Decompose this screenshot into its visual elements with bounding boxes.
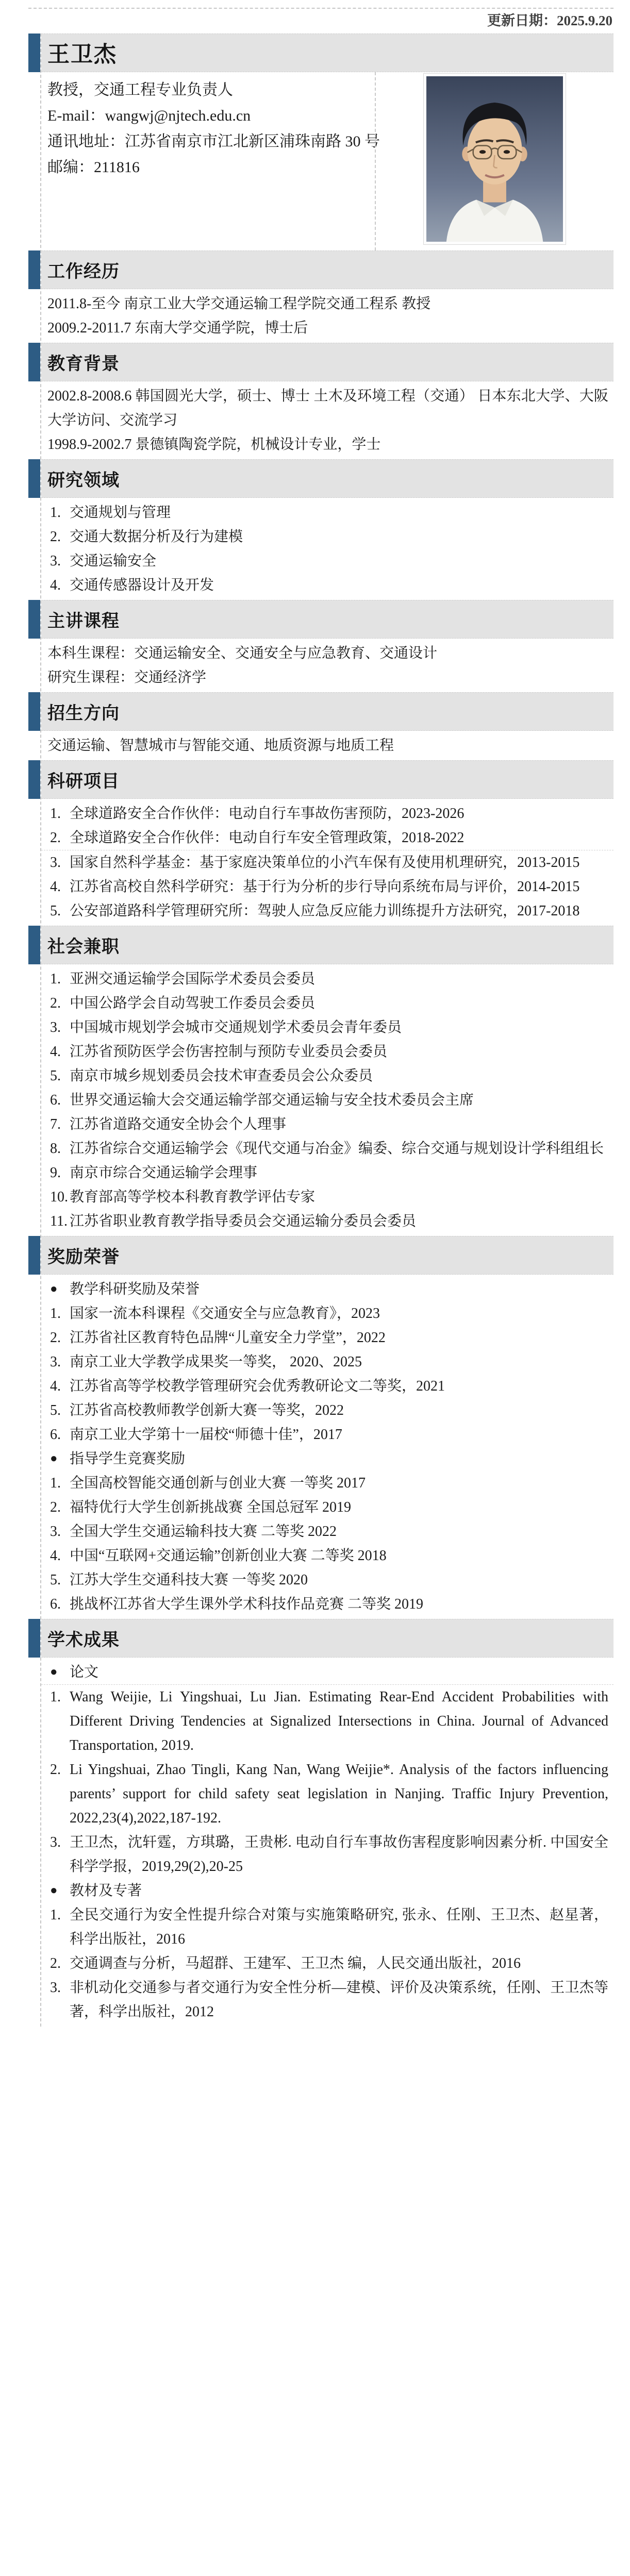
item-text: 南京工业大学教学成果奖一等奖， 2020、2025 xyxy=(70,1350,614,1374)
item-marker: 4. xyxy=(50,875,70,899)
list-item: 3. 非机动化交通参与者交通行为安全性分析—建模、评价及决策系统，任刚、王卫杰等… xyxy=(41,1976,614,2024)
section-items: 2002.8-2008.6 韩国圆光大学，硕士、博士 土木及环境工程（交通） 日… xyxy=(41,381,614,459)
profile-section: 招生方向 交通运输、智慧城市与智能交通、地质资源与地质工程 xyxy=(41,692,614,760)
item-text: 南京市城乡规划委员会技术审查委员会公众委员 xyxy=(70,1064,614,1088)
update-date-label: 更新日期： xyxy=(487,13,557,28)
item-marker: 7. xyxy=(50,1112,70,1136)
section-items: ● 教学科研奖励及荣誉 1. 国家一流本科课程《交通安全与应急教育》，2023 xyxy=(41,1275,614,1619)
list-item: 7. 江苏省道路交通安全协会个人理事 xyxy=(41,1112,614,1136)
item-text: 江苏省道路交通安全协会个人理事 xyxy=(70,1112,614,1136)
portrait-photo-icon xyxy=(426,76,563,242)
postcode-label: 邮编： xyxy=(47,159,94,176)
section-banner: 社会兼职 xyxy=(41,926,614,964)
item-text: 全国高校智能交通创新与创业大赛 一等奖 2017 xyxy=(70,1471,614,1495)
list-item: 1. 亚洲交通运输学会国际学术委员会委员 xyxy=(41,967,614,991)
section-accent-tab xyxy=(28,250,40,289)
list-item: 5. 江苏大学生交通科技大赛 一等奖 2020 xyxy=(41,1568,614,1592)
email-line: E-mail：wangwj@njtech.edu.cn xyxy=(47,103,375,129)
item-text: 1998.9-2002.7 景德镇陶瓷学院，机械设计专业，学士 xyxy=(47,432,614,457)
item-marker: 5. xyxy=(50,1064,70,1088)
content-frame: 更新日期：2025.9.20 王卫杰 教授，交通工程专业负责人 E-mail：w… xyxy=(28,8,614,2027)
item-marker: 11. xyxy=(50,1209,70,1233)
item-text: 指导学生竞赛奖励 xyxy=(70,1447,614,1471)
item-marker: 3. xyxy=(50,850,70,875)
item-marker: ● xyxy=(50,1277,70,1301)
item-text: 交通规划与管理 xyxy=(70,500,614,525)
item-marker: 2. xyxy=(50,525,70,549)
photo-cell xyxy=(375,72,614,250)
item-text: 2002.8-2008.6 韩国圆光大学，硕士、博士 土木及环境工程（交通） 日… xyxy=(47,384,614,432)
item-marker: 9. xyxy=(50,1161,70,1185)
list-item: 4. 中国“互联网+交通运输”创新创业大赛 二等奖 2018 xyxy=(41,1544,614,1568)
section-accent-tab xyxy=(28,600,40,639)
item-marker: 1. xyxy=(50,1903,70,1951)
section-title: 奖励荣誉 xyxy=(47,1243,120,1268)
item-marker: 1. xyxy=(50,967,70,991)
list-item: 6. 南京工业大学第十一届校“师德十佳”，2017 xyxy=(41,1423,614,1447)
section-items: 本科生课程：交通运输安全、交通安全与应急教育、交通设计 研究生课程：交通经济学 xyxy=(41,639,614,692)
item-marker: 3. xyxy=(50,1830,70,1879)
item-marker: 6. xyxy=(50,1423,70,1447)
profile-section: 研究领域 1. 交通规划与管理 2. xyxy=(41,459,614,600)
item-marker: 8. xyxy=(50,1136,70,1161)
section-title: 主讲课程 xyxy=(47,607,120,632)
list-item: 本科生课程：交通运输安全、交通安全与应急教育、交通设计 xyxy=(41,641,614,665)
list-item: 2. 交通大数据分析及行为建模 xyxy=(41,525,614,549)
item-text: 非机动化交通参与者交通行为安全性分析—建模、评价及决策系统，任刚、王卫杰等著，科… xyxy=(70,1976,614,2024)
item-marker: ● xyxy=(50,1447,70,1471)
section-banner: 教育背景 xyxy=(41,343,614,381)
postcode-value: 211816 xyxy=(94,159,140,176)
item-text: 交通运输、智慧城市与智能交通、地质资源与地质工程 xyxy=(47,733,614,758)
item-text: 论文 xyxy=(70,1660,614,1684)
item-text: 教材及专著 xyxy=(70,1879,614,1903)
section-items: 1. 全球道路安全合作伙伴：电动自行车事故伤害预防，2023-2026 2. 全… xyxy=(41,799,614,926)
item-text: 江苏大学生交通科技大赛 一等奖 2020 xyxy=(70,1568,614,1592)
profile-info: 教授，交通工程专业负责人 E-mail：wangwj@njtech.edu.cn… xyxy=(41,72,375,250)
list-item: 3. 交通运输安全 xyxy=(41,549,614,573)
list-item: 4. 江苏省高校自然科学研究：基于行为分析的步行导向系统布局与评价，2014-2… xyxy=(41,875,614,899)
section-accent-tab xyxy=(28,1619,40,1658)
list-item: 1. Wang Weijie, Li Yingshuai, Lu Jian. E… xyxy=(41,1684,614,1758)
section-accent-tab xyxy=(28,343,40,381)
list-item: ● 论文 xyxy=(41,1660,614,1684)
section-banner: 奖励荣誉 xyxy=(41,1236,614,1275)
faculty-profile-page: 更新日期：2025.9.20 王卫杰 教授，交通工程专业负责人 E-mail：w… xyxy=(0,0,630,2576)
section-items: 2011.8-至今 南京工业大学交通运输工程学院交通工程系 教授 2009.2-… xyxy=(41,289,614,343)
item-marker: 2. xyxy=(50,1326,70,1350)
item-text: 教学科研奖励及荣誉 xyxy=(70,1277,614,1301)
item-text: 南京工业大学第十一届校“师德十佳”，2017 xyxy=(70,1423,614,1447)
accent-tab xyxy=(28,34,40,72)
section-accent-tab xyxy=(28,692,40,731)
profile-title-line: 教授，交通工程专业负责人 xyxy=(47,77,375,103)
item-text: 江苏省高校教师教学创新大赛一等奖，2022 xyxy=(70,1398,614,1423)
list-item: 1. 全民交通行为安全性提升综合对策与实施策略研究, 张永、任刚、王卫杰、赵星著… xyxy=(41,1903,614,1951)
list-item: 4. 江苏省高等学校教学管理研究会优秀教研论文二等奖，2021 xyxy=(41,1374,614,1398)
section-accent-tab xyxy=(28,760,40,799)
list-item: ● 指导学生竞赛奖励 xyxy=(41,1447,614,1471)
postcode-line: 邮编：211816 xyxy=(47,155,375,180)
item-marker: 5. xyxy=(50,1398,70,1423)
item-marker: 1. xyxy=(50,500,70,525)
section-banner: 研究领域 xyxy=(41,459,614,498)
section-banner: 招生方向 xyxy=(41,692,614,731)
item-marker: 3. xyxy=(50,1976,70,2024)
list-item: 1. 全球道路安全合作伙伴：电动自行车事故伤害预防，2023-2026 xyxy=(41,801,614,826)
item-marker: 6. xyxy=(50,1088,70,1112)
section-items: 1. 亚洲交通运输学会国际学术委员会委员 2. 中国公路学会自动驾驶工作委员会委… xyxy=(41,964,614,1236)
item-text: 交通运输安全 xyxy=(70,549,614,573)
item-text: 江苏省社区教育特色品牌“儿童安全力学堂”，2022 xyxy=(70,1326,614,1350)
list-item: 2. Li Yingshuai, Zhao Tingli, Kang Nan, … xyxy=(41,1758,614,1830)
section-title: 社会兼职 xyxy=(47,932,120,958)
list-item: 2011.8-至今 南京工业大学交通运输工程学院交通工程系 教授 xyxy=(41,292,614,316)
list-item: 4. 江苏省预防医学会伤害控制与预防专业委员会委员 xyxy=(41,1040,614,1064)
section-banner: 主讲课程 xyxy=(41,600,614,639)
item-marker: 5. xyxy=(50,1568,70,1592)
section-title: 学术成果 xyxy=(47,1626,120,1651)
list-item: 1. 交通规划与管理 xyxy=(41,500,614,525)
item-marker: 3. xyxy=(50,1350,70,1374)
list-item: 2. 福特优行大学生创新挑战赛 全国总冠军 2019 xyxy=(41,1495,614,1519)
item-marker: ● xyxy=(50,1660,70,1684)
profile-section: 科研项目 1. 全球道路安全合作伙伴：电动自行车事故伤害预防，2023-2026 xyxy=(41,760,614,926)
list-item: 10. 教育部高等学校本科教育教学评估专家 xyxy=(41,1185,614,1209)
profile-section: 主讲课程 本科生课程：交通运输安全、交通安全与应急教育、交通设计 xyxy=(41,600,614,692)
section-title: 招生方向 xyxy=(47,699,120,724)
list-item: 2. 全球道路安全合作伙伴：电动自行车安全管理政策，2018-2022 xyxy=(41,826,614,850)
item-text: 2009.2-2011.7 东南大学交通学院，博士后 xyxy=(47,316,614,340)
item-marker: 10. xyxy=(50,1185,70,1209)
item-marker: 4. xyxy=(50,1040,70,1064)
list-item: 1. 国家一流本科课程《交通安全与应急教育》，2023 xyxy=(41,1301,614,1326)
item-marker: 2. xyxy=(50,1495,70,1519)
profile-info-row: 教授，交通工程专业负责人 E-mail：wangwj@njtech.edu.cn… xyxy=(41,72,614,250)
section-accent-tab xyxy=(28,926,40,964)
list-item: 6. 挑战杯江苏省大学生课外学术科技作品竞赛 二等奖 2019 xyxy=(41,1592,614,1616)
list-item: ● 教材及专著 xyxy=(41,1879,614,1903)
address-line: 通讯地址：江苏省南京市江北新区浦珠南路 30 号 xyxy=(47,129,375,155)
item-text: Li Yingshuai, Zhao Tingli, Kang Nan, Wan… xyxy=(70,1758,614,1830)
list-item: 5. 南京市城乡规划委员会技术审查委员会公众委员 xyxy=(41,1064,614,1088)
item-marker: 1. xyxy=(50,1301,70,1326)
item-text: 中国公路学会自动驾驶工作委员会委员 xyxy=(70,991,614,1015)
item-marker: 1. xyxy=(50,1471,70,1495)
item-text: 挑战杯江苏省大学生课外学术科技作品竞赛 二等奖 2019 xyxy=(70,1592,614,1616)
profile-section: 工作经历 2011.8-至今 南京工业大学交通运输工程学院交通工程系 教授 xyxy=(41,250,614,343)
email-label: E-mail： xyxy=(47,107,105,124)
list-item: 研究生课程：交通经济学 xyxy=(41,665,614,690)
profile-section: 社会兼职 1. 亚洲交通运输学会国际学术委员会委员 xyxy=(41,926,614,1236)
list-item: 2009.2-2011.7 东南大学交通学院，博士后 xyxy=(41,316,614,340)
item-marker: 1. xyxy=(50,801,70,826)
list-item: 9. 南京市综合交通运输学会理事 xyxy=(41,1161,614,1185)
item-marker: 2. xyxy=(50,826,70,850)
list-item: 2. 江苏省社区教育特色品牌“儿童安全力学堂”，2022 xyxy=(41,1326,614,1350)
item-text: 公安部道路科学管理研究所：驾驶人应急反应能力训练提升方法研究，2017-2018 xyxy=(70,899,614,923)
list-item: 交通运输、智慧城市与智能交通、地质资源与地质工程 xyxy=(41,733,614,758)
page-title: 王卫杰 xyxy=(47,37,117,69)
item-marker: 2. xyxy=(50,1951,70,1976)
section-items: ● 论文 1. Wang Weijie, Li Yingshuai, Lu Ji… xyxy=(41,1658,614,2027)
section-banner: 学术成果 xyxy=(41,1619,614,1658)
item-text: 2011.8-至今 南京工业大学交通运输工程学院交通工程系 教授 xyxy=(47,292,614,316)
item-marker: 4. xyxy=(50,573,70,597)
profile-photo xyxy=(423,73,566,245)
item-marker: 2. xyxy=(50,1758,70,1830)
item-text: 交通调查与分析，马超群、王建军、王卫杰 编，人民交通出版社，2016 xyxy=(70,1951,614,1976)
item-text: 江苏省综合交通运输学会《现代交通与冶金》编委、综合交通与规划设计学科组组长 xyxy=(70,1136,614,1161)
update-date-value: 2025.9.20 xyxy=(557,13,612,28)
sections: 工作经历 2011.8-至今 南京工业大学交通运输工程学院交通工程系 教授 xyxy=(41,250,614,2027)
list-item: 6. 世界交通运输大会交通运输学部交通运输与安全技术委员会主席 xyxy=(41,1088,614,1112)
section-title: 工作经历 xyxy=(47,257,120,282)
item-text: 全民交通行为安全性提升综合对策与实施策略研究, 张永、任刚、王卫杰、赵星著， 科… xyxy=(70,1903,614,1951)
list-item: ● 教学科研奖励及荣誉 xyxy=(41,1277,614,1301)
list-item: 5. 公安部道路科学管理研究所：驾驶人应急反应能力训练提升方法研究，2017-2… xyxy=(41,899,614,923)
item-text: 中国“互联网+交通运输”创新创业大赛 二等奖 2018 xyxy=(70,1544,614,1568)
item-marker: 2. xyxy=(50,991,70,1015)
section-banner: 科研项目 xyxy=(41,760,614,799)
item-text: 福特优行大学生创新挑战赛 全国总冠军 2019 xyxy=(70,1495,614,1519)
email-value: wangwj@njtech.edu.cn xyxy=(105,107,251,124)
item-text: 中国城市规划学会城市交通规划学术委员会青年委员 xyxy=(70,1015,614,1040)
section-accent-tab xyxy=(28,459,40,498)
profile-table: 王卫杰 教授，交通工程专业负责人 E-mail：wangwj@njtech.ed… xyxy=(40,34,614,2027)
section-items: 交通运输、智慧城市与智能交通、地质资源与地质工程 xyxy=(41,731,614,760)
list-item: 1. 全国高校智能交通创新与创业大赛 一等奖 2017 xyxy=(41,1471,614,1495)
list-item: 3. 全国大学生交通运输科技大赛 二等奖 2022 xyxy=(41,1519,614,1544)
section-banner: 工作经历 xyxy=(41,250,614,289)
list-item: 8. 江苏省综合交通运输学会《现代交通与冶金》编委、综合交通与规划设计学科组组长 xyxy=(41,1136,614,1161)
section-title: 研究领域 xyxy=(47,466,120,491)
list-item: 3. 南京工业大学教学成果奖一等奖， 2020、2025 xyxy=(41,1350,614,1374)
item-text: 王卫杰，沈轩霆，方琪璐，王贵彬. 电动自行车事故伤害程度影响因素分析. 中国安全… xyxy=(70,1830,614,1879)
list-item: 11. 江苏省职业教育教学指导委员会交通运输分委员会委员 xyxy=(41,1209,614,1233)
item-marker: 4. xyxy=(50,1374,70,1398)
section-items: 1. 交通规划与管理 2. 交通大数据分析及行为建模 3. xyxy=(41,498,614,600)
item-text: 研究生课程：交通经济学 xyxy=(47,665,614,690)
item-text: 教育部高等学校本科教育教学评估专家 xyxy=(70,1185,614,1209)
update-date: 更新日期：2025.9.20 xyxy=(28,9,614,34)
item-text: 国家一流本科课程《交通安全与应急教育》，2023 xyxy=(70,1301,614,1326)
item-text: 全球道路安全合作伙伴：电动自行车事故伤害预防，2023-2026 xyxy=(70,801,614,826)
item-marker: 5. xyxy=(50,899,70,923)
list-item: 5. 江苏省高校教师教学创新大赛一等奖，2022 xyxy=(41,1398,614,1423)
item-text: 国家自然科学基金：基于家庭决策单位的小汽车保有及使用机理研究，2013-2015 xyxy=(70,850,614,875)
item-marker: 4. xyxy=(50,1544,70,1568)
item-text: 本科生课程：交通运输安全、交通安全与应急教育、交通设计 xyxy=(47,641,614,665)
item-marker: 1. xyxy=(50,1685,70,1758)
item-text: 世界交通运输大会交通运输学部交通运输与安全技术委员会主席 xyxy=(70,1088,614,1112)
list-item: 2. 交通调查与分析，马超群、王建军、王卫杰 编，人民交通出版社，2016 xyxy=(41,1951,614,1976)
list-item: 2002.8-2008.6 韩国圆光大学，硕士、博士 土木及环境工程（交通） 日… xyxy=(41,384,614,432)
list-item: 3. 国家自然科学基金：基于家庭决策单位的小汽车保有及使用机理研究，2013-2… xyxy=(41,850,614,875)
item-text: 江苏省高等学校教学管理研究会优秀教研论文二等奖，2021 xyxy=(70,1374,614,1398)
item-text: Wang Weijie, Li Yingshuai, Lu Jian. Esti… xyxy=(70,1685,614,1758)
address-value: 江苏省南京市江北新区浦珠南路 30 号 xyxy=(125,133,380,150)
name-banner: 王卫杰 xyxy=(41,34,614,72)
list-item: 4. 交通传感器设计及开发 xyxy=(41,573,614,597)
item-text: 全国大学生交通运输科技大赛 二等奖 2022 xyxy=(70,1519,614,1544)
list-item: 2. 中国公路学会自动驾驶工作委员会委员 xyxy=(41,991,614,1015)
section-title: 科研项目 xyxy=(47,767,120,792)
item-text: 全球道路安全合作伙伴：电动自行车安全管理政策，2018-2022 xyxy=(70,826,614,850)
list-item: 3. 王卫杰，沈轩霆，方琪璐，王贵彬. 电动自行车事故伤害程度影响因素分析. 中… xyxy=(41,1830,614,1879)
item-text: 交通大数据分析及行为建模 xyxy=(70,525,614,549)
item-marker: 3. xyxy=(50,1015,70,1040)
list-item: 3. 中国城市规划学会城市交通规划学术委员会青年委员 xyxy=(41,1015,614,1040)
list-item: 1998.9-2002.7 景德镇陶瓷学院，机械设计专业，学士 xyxy=(41,432,614,457)
item-text: 亚洲交通运输学会国际学术委员会委员 xyxy=(70,967,614,991)
section-accent-tab xyxy=(28,1236,40,1275)
profile-section: 教育背景 2002.8-2008.6 韩国圆光大学，硕士、博士 土木及环境工程（… xyxy=(41,343,614,459)
item-marker: 6. xyxy=(50,1592,70,1616)
item-text: 江苏省高校自然科学研究：基于行为分析的步行导向系统布局与评价，2014-2015 xyxy=(70,875,614,899)
item-text: 江苏省预防医学会伤害控制与预防专业委员会委员 xyxy=(70,1040,614,1064)
item-text: 南京市综合交通运输学会理事 xyxy=(70,1161,614,1185)
item-marker: ● xyxy=(50,1879,70,1903)
item-text: 江苏省职业教育教学指导委员会交通运输分委员会委员 xyxy=(70,1209,614,1233)
address-label: 通讯地址： xyxy=(47,133,125,150)
item-marker: 3. xyxy=(50,549,70,573)
profile-section: 奖励荣誉 ● 教学科研奖励及荣誉 1. xyxy=(41,1236,614,1619)
profile-section: 学术成果 ● 论文 1. xyxy=(41,1619,614,2027)
item-text: 交通传感器设计及开发 xyxy=(70,573,614,597)
section-title: 教育背景 xyxy=(47,349,120,375)
item-marker: 3. xyxy=(50,1519,70,1544)
